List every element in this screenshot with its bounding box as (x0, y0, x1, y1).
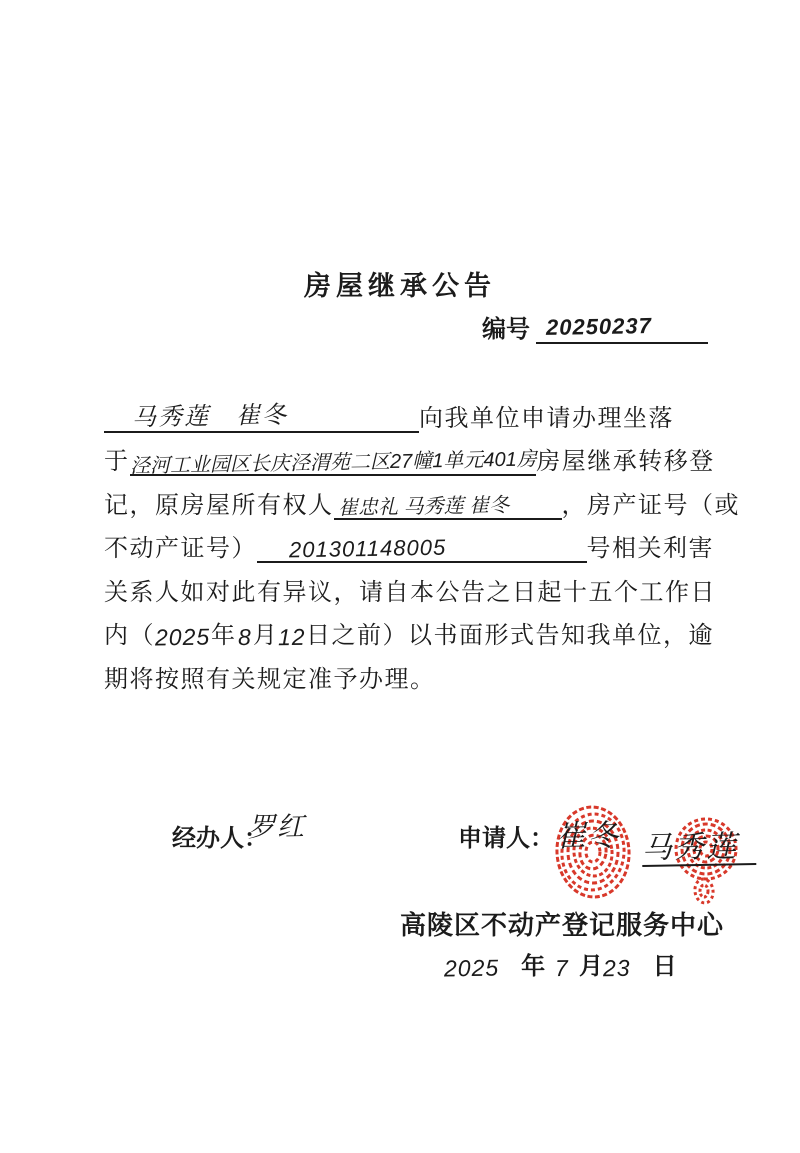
notice-body: 马秀莲 崔冬 向我单位申请办理坐落 于 泾河工业园区长庆泾渭苑二区27幢1单元4… (104, 389, 714, 694)
deadline-year-label: 年 (211, 615, 237, 650)
body-line-2-suffix: 房屋继承转移登 (536, 441, 715, 476)
serial-number-handwritten: 20250237 (546, 314, 652, 340)
document-title: 房屋继承公告 (0, 264, 800, 303)
deadline-year-handwritten: 2025 (155, 624, 211, 650)
date-year-label: 年 (521, 946, 545, 981)
serial-underline: 20250237 (536, 312, 708, 344)
body-line-3-suffix: ，房产证号（或 (562, 485, 741, 520)
certificate-number-handwritten: 201301148005 (289, 535, 447, 562)
body-line-5-text: 关系人如对此有异议，请自本公告之日起十五个工作日 (104, 572, 716, 607)
certificate-number-blank: 201301148005 (257, 537, 587, 563)
date-month-handwritten: 7 (555, 956, 569, 982)
body-line-5: 关系人如对此有异议，请自本公告之日起十五个工作日 (104, 563, 714, 607)
applicant-label: 申请人： (458, 818, 554, 853)
body-line-1-text: 向我单位申请办理坐落 (419, 398, 674, 433)
body-line-1: 马秀莲 崔冬 向我单位申请办理坐落 (104, 389, 714, 433)
address-blank: 泾河工业园区长庆泾渭苑二区27幢1单元401房 (130, 452, 537, 476)
body-line-6: 内（ 2025 年 8 月 12 日之前）以书面形式告知我单位，逾 (104, 607, 714, 651)
deadline-suffix: 日之前）以书面形式告知我单位，逾 (306, 615, 714, 650)
applicants-handwritten: 马秀莲 崔冬 (132, 403, 288, 432)
owners-handwritten: 崔忠礼 马秀莲 崔冬 (337, 494, 508, 519)
signatures-row: 经办人： 罗红 申请人： 崔冬 (0, 803, 800, 918)
deadline-day-handwritten: 12 (278, 624, 306, 650)
date-day-label: 日 (653, 946, 677, 981)
serial-row: 编号 20250237 (482, 309, 708, 344)
body-line-2: 于 泾河工业园区长庆泾渭苑二区27幢1单元401房 房屋继承转移登 (104, 433, 714, 477)
date-row: 2025 年 7 月 23 日 (444, 946, 677, 981)
body-line-2-prefix: 于 (104, 441, 130, 476)
address-handwritten: 泾河工业园区长庆泾渭苑二区27幢1单元401房 (129, 448, 536, 477)
body-line-4: 不动产证号） 201301148005 号相关利害 (104, 520, 714, 564)
date-year-handwritten: 2025 (444, 955, 500, 981)
date-month-label: 月 (579, 946, 603, 981)
body-line-3-prefix: 记，原房屋所有权人 (104, 485, 334, 520)
document-page: 房屋继承公告 编号 20250237 马秀莲 崔冬 向我单位申请办理坐落 于 泾… (0, 0, 800, 1153)
body-line-4-prefix: 不动产证号） (104, 528, 257, 563)
applicants-blank: 马秀莲 崔冬 (104, 404, 419, 432)
deadline-prefix: 内（ (104, 615, 155, 650)
serial-label: 编号 (482, 309, 530, 344)
deadline-month-label: 月 (253, 615, 279, 650)
fingerprint-stamp-1 (550, 803, 636, 906)
body-line-7-text: 期将按照有关规定准予办理。 (104, 659, 436, 694)
body-line-3: 记，原房屋所有权人 崔忠礼 马秀莲 崔冬 ，房产证号（或 (104, 476, 714, 520)
body-line-4-suffix: 号相关利害 (587, 528, 715, 563)
organization-name: 高陵区不动产登记服务中心 (400, 905, 724, 942)
date-day-handwritten: 23 (603, 955, 631, 981)
applicant-signature-1: 崔冬 (556, 819, 621, 853)
applicant-signature-2: 马秀莲 (642, 830, 757, 867)
owners-blank: 崔忠礼 马秀莲 崔冬 (334, 496, 562, 520)
deadline-month-handwritten: 8 (238, 625, 252, 651)
handler-signature: 罗红 (248, 812, 307, 843)
body-line-7: 期将按照有关规定准予办理。 (104, 650, 714, 694)
